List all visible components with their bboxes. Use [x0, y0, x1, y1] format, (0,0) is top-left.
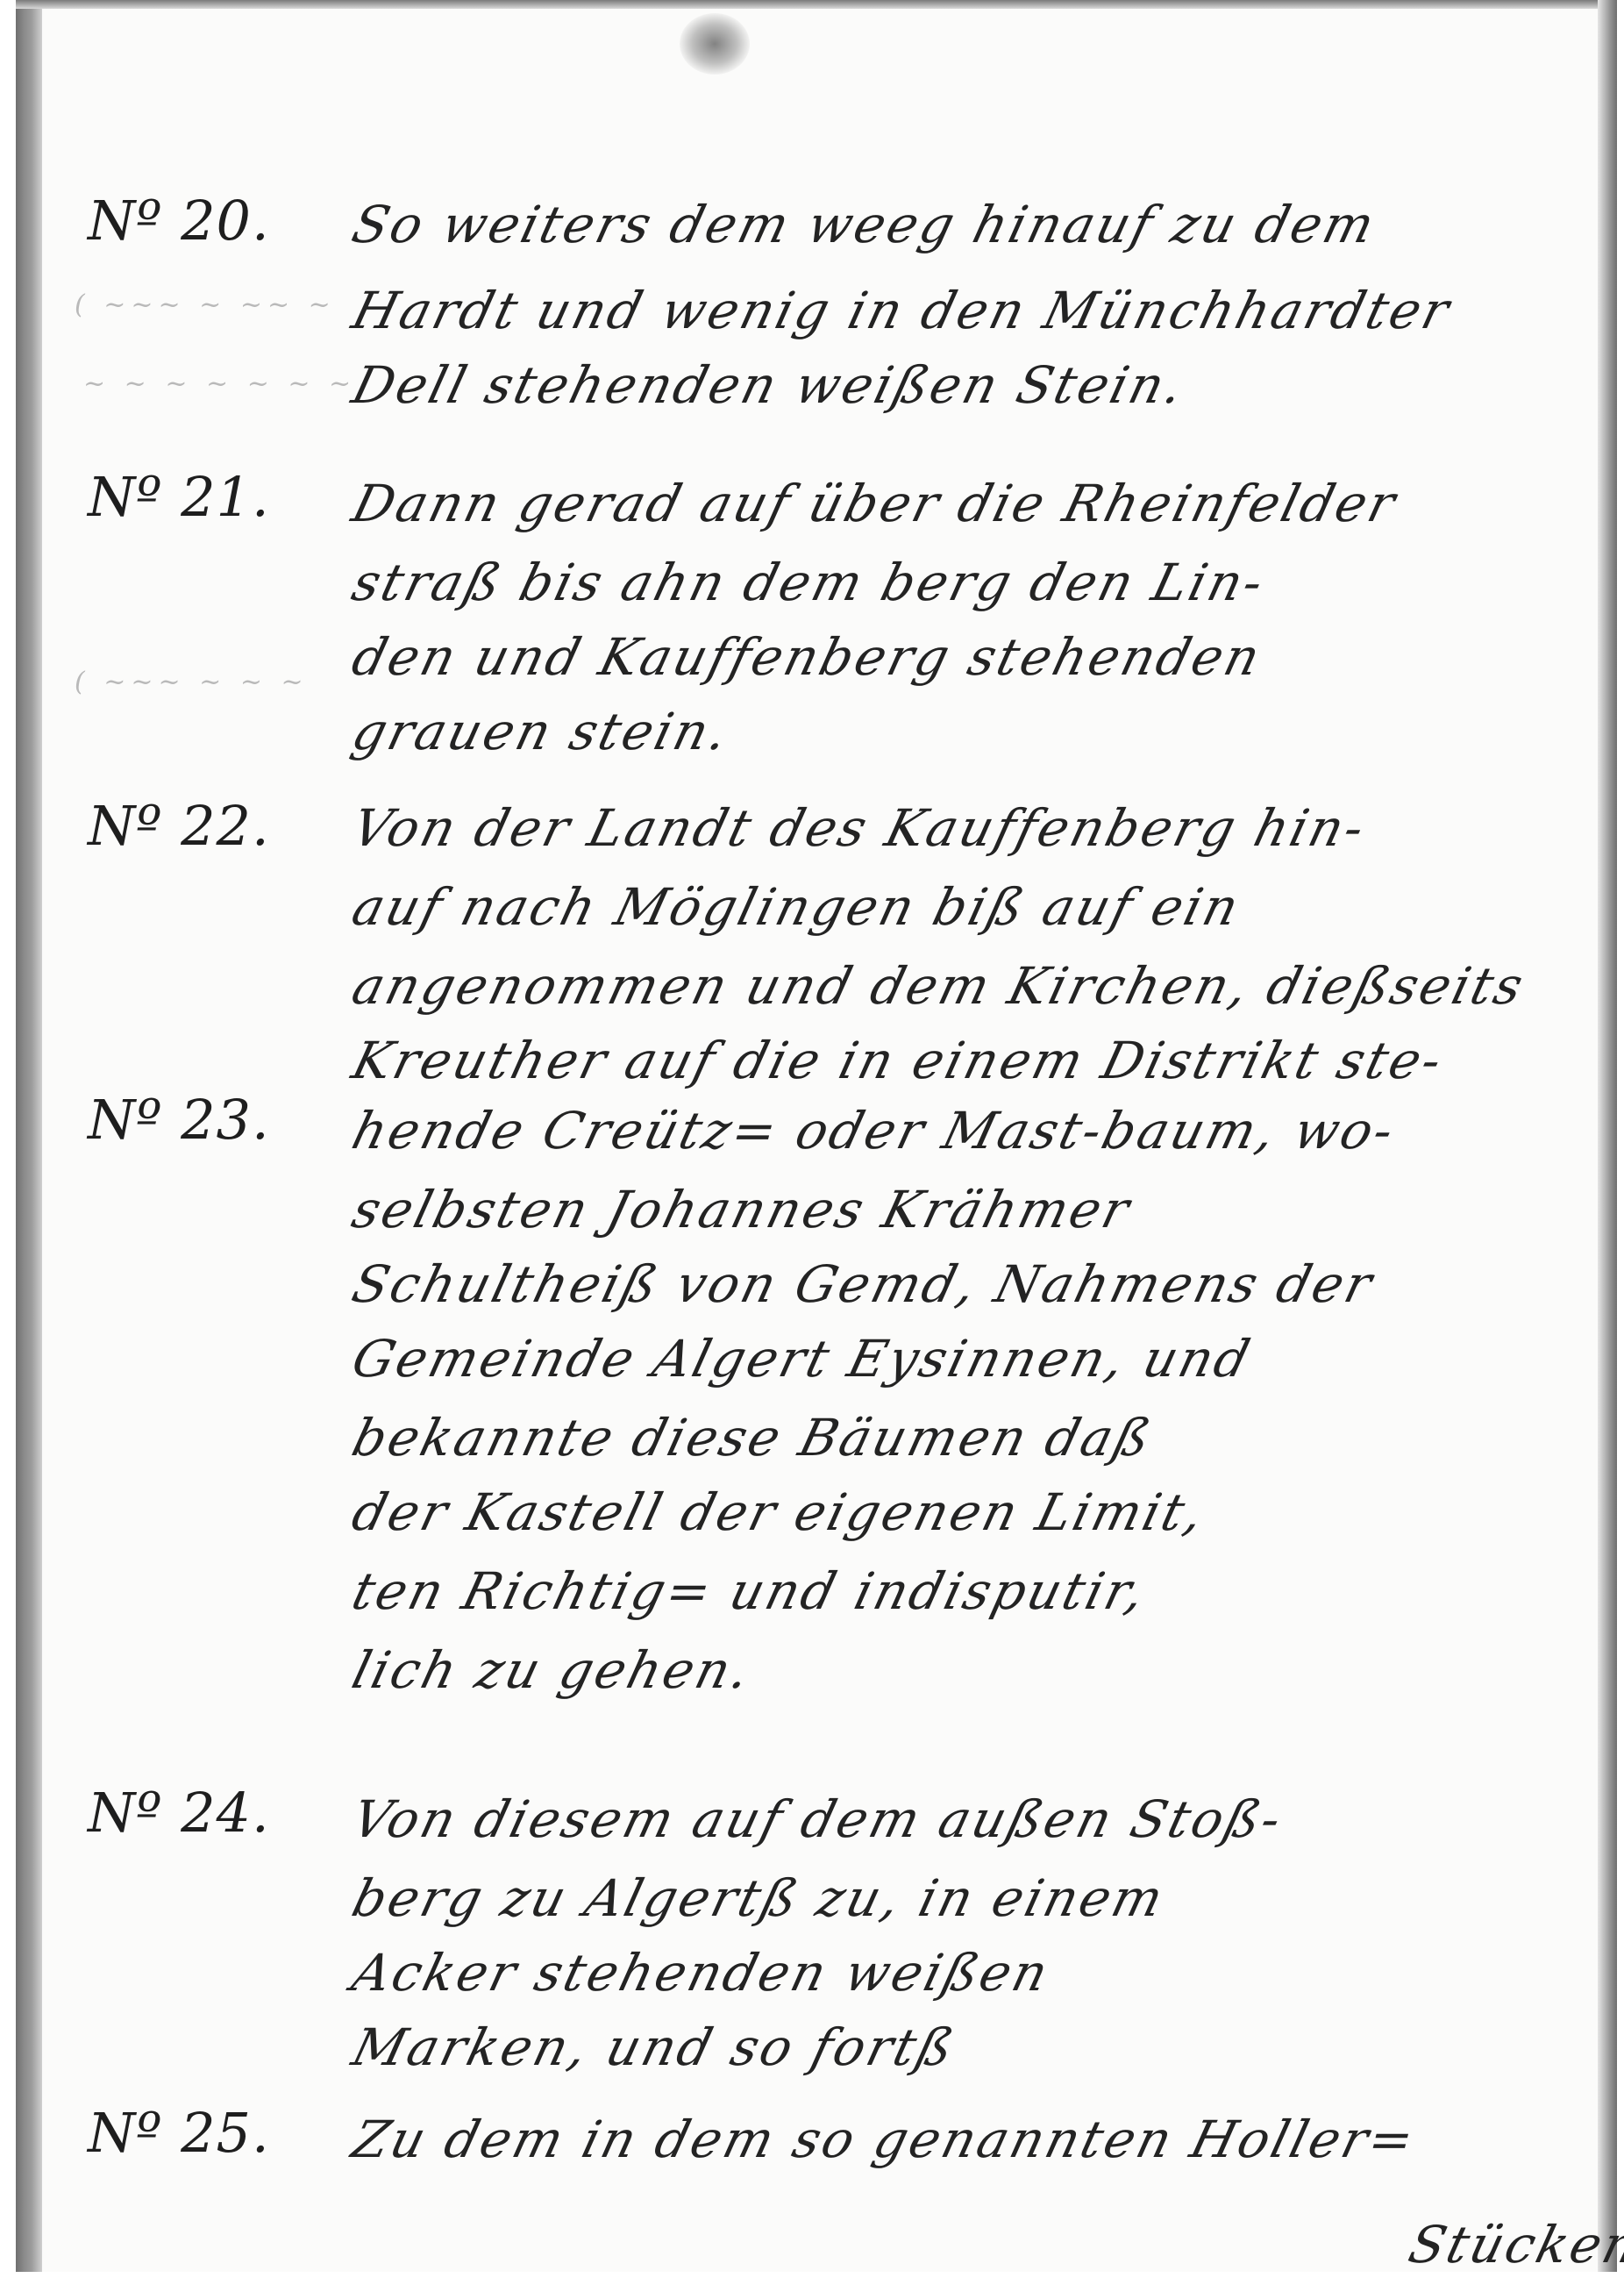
text-line: lich zu gehen. [346, 1640, 1598, 1700]
catchword: Stücken [1403, 2215, 1611, 2274]
text-line: Dell stehenden weißen Stein. [346, 355, 1598, 415]
bleed-through-note: ( ~~~ ~ ~ ~ [75, 667, 309, 697]
text-line: Kreuther auf die in einem Distrikt ste- [346, 1031, 1598, 1090]
entry-number: Nº 23. [88, 1088, 270, 1152]
text-line: Zu dem in dem so genannten Holler= [346, 2110, 1598, 2169]
top-page-edge [16, 0, 1617, 9]
bleed-through-note: ~ ~ ~ ~ ~ ~ ~ [83, 368, 356, 399]
binding-edge [16, 0, 42, 2272]
entry-number: Nº 21. [88, 465, 270, 529]
text-line: den und Kauffenberg stehenden [346, 627, 1598, 687]
entry-number: Nº 22. [88, 794, 270, 858]
right-page-edge [1598, 0, 1617, 2272]
text-line: So weiters dem weeg hinauf zu dem [346, 195, 1598, 254]
text-line: hende Creütz= oder Mast-baum, wo- [346, 1101, 1598, 1160]
ink-smudge [680, 13, 750, 75]
text-line: Hardt und wenig in den Münchhardter [346, 281, 1598, 340]
text-line: Von der Landt des Kauffenberg hin- [346, 798, 1598, 858]
text-line: Dann gerad auf über die Rheinfelder [346, 474, 1598, 533]
entry-number: Nº 25. [88, 2101, 270, 2165]
text-line: bekannte diese Bäumen daß [346, 1408, 1598, 1467]
text-line: ten Richtig= und indisputir, [346, 1561, 1598, 1621]
bleed-through-note: ( ~~~ ~ ~~ ~ [75, 289, 336, 320]
text-line: Gemeinde Algert Eysinnen, und [346, 1329, 1598, 1389]
text-line: Schultheiß von Gemd, Nahmens der [346, 1254, 1598, 1314]
entry-number: Nº 24. [88, 1781, 270, 1845]
text-line: Marken, und so fortß [346, 2017, 1598, 2077]
text-line: grauen stein. [346, 702, 1598, 761]
text-line: berg zu Algertß zu, in einem [346, 1868, 1598, 1928]
text-line: Von diesem auf dem außen Stoß- [346, 1789, 1598, 1849]
text-line: auf nach Möglingen biß auf ein [346, 877, 1598, 937]
text-line: straß bis ahn dem berg den Lin- [346, 553, 1598, 612]
scan-bottom-margin [0, 2272, 1624, 2285]
text-line: Acker stehenden weißen [346, 1943, 1598, 2003]
text-line: der Kastell der eigenen Limit, [346, 1482, 1598, 1542]
text-line: angenommen und dem Kirchen, dießseits [346, 956, 1598, 1016]
entry-number: Nº 20. [88, 189, 270, 253]
text-line: selbsten Johannes Krähmer [346, 1180, 1598, 1239]
